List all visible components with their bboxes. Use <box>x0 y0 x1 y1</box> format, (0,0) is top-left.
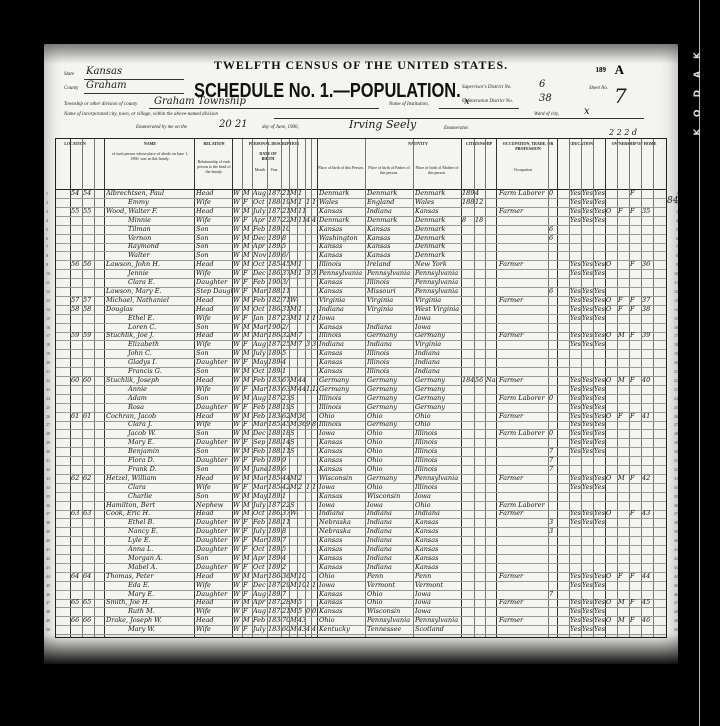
cell-father: Denmark <box>367 216 413 225</box>
cell-months-unemp: 3 <box>549 527 557 536</box>
cell-age: 7 <box>282 536 289 545</box>
cell-birth: Illinois <box>319 403 365 412</box>
cell-father: Indiana <box>367 340 413 349</box>
cell-month: July <box>253 625 267 634</box>
cell-father: Ohio <box>367 465 413 474</box>
cell-months-unemp: 7 <box>549 590 557 599</box>
cell-own: O <box>606 376 617 385</box>
cell-sex: M <box>243 412 252 421</box>
cell-marital: M <box>290 474 297 483</box>
cell-sex: M <box>243 465 252 474</box>
cell-write: Yes <box>582 420 593 429</box>
cell-write: Yes <box>582 607 593 616</box>
cell-age: 5 <box>282 242 289 251</box>
cell-month: Apr <box>253 554 267 563</box>
cell-write: Yes <box>582 412 593 421</box>
cell-english: Yes <box>594 287 605 296</box>
cell-mother: Kansas <box>415 518 461 527</box>
cell-read: Yes <box>570 189 581 198</box>
cell-sched: 38 <box>642 305 653 314</box>
line-number-right: 2 <box>676 200 678 205</box>
cell-write: Yes <box>582 438 593 447</box>
cell-month: Aug <box>253 590 267 599</box>
cell-occupation: Farm Laborer <box>499 501 547 510</box>
cell-relation: Daughter <box>196 590 232 599</box>
cell-marital: M <box>290 412 297 421</box>
cell-father: Kansas <box>367 251 413 260</box>
cell-english: Yes <box>594 376 605 385</box>
cell-marital: M <box>290 198 297 207</box>
cell-father: Indiana <box>367 536 413 545</box>
cell-english: Yes <box>594 314 605 323</box>
cell-family: 66 <box>83 616 94 625</box>
cell-mother: Pennsylvania <box>415 278 461 287</box>
cell-month: Feb <box>253 403 267 412</box>
line-number-right: 16 <box>674 325 678 330</box>
cell-year: 1877 <box>268 314 281 323</box>
cell-own: O <box>606 331 617 340</box>
cell-mother: New York <box>415 260 461 269</box>
cell-age: 60 <box>282 625 289 634</box>
cell-immig: 1896 <box>462 189 474 198</box>
line-number: 46 <box>46 592 50 597</box>
cell-relation: Head <box>196 207 232 216</box>
cell-sex: M <box>243 367 252 376</box>
cell-father: Pennsylvania <box>367 269 413 278</box>
cell-age: 37 <box>282 509 289 518</box>
cell-children: 1 <box>306 314 311 323</box>
cell-read: Yes <box>570 198 581 207</box>
cell-year: 1829 <box>268 296 281 305</box>
line-number-right: 43 <box>674 565 678 570</box>
cell-sex: F <box>243 358 252 367</box>
line-number-right: 33 <box>674 476 678 481</box>
line-number-right: 10 <box>674 271 678 276</box>
cell-read: Yes <box>570 314 581 323</box>
cell-marital: M <box>290 572 297 581</box>
line-number: 20 <box>46 360 50 365</box>
cell-years-married: 1 <box>298 314 305 323</box>
cell-relation: Daughter <box>196 456 232 465</box>
cell-age: 11 <box>282 518 289 527</box>
cell-age: 32 <box>282 331 289 340</box>
cell-relation: Head <box>196 412 232 421</box>
cell-mother: Kansas <box>415 563 461 572</box>
cell-color: W <box>233 509 242 518</box>
cell-immig: 1888 <box>462 198 474 207</box>
line-number: 43 <box>46 565 50 570</box>
cell-age: 63 <box>282 385 289 394</box>
line-number-right: 34 <box>674 485 678 490</box>
cell-father: Kansas <box>367 225 413 234</box>
cell-english: Yes <box>594 483 605 492</box>
cell-age: 45 <box>282 420 289 429</box>
cell-month: Nov <box>253 251 267 260</box>
cell-month: July <box>253 527 267 536</box>
cell-year: 1891 <box>268 234 281 243</box>
supervisor-label: Supervisor's District No. <box>462 85 512 90</box>
cell-write: Yes <box>582 216 593 225</box>
cell-relation: Wife <box>196 198 232 207</box>
cell-write: Yes <box>582 340 593 349</box>
cell-relation: Head <box>196 572 232 581</box>
state-label: State <box>64 72 74 77</box>
cell-name: Cochran, Jacob <box>106 412 194 421</box>
cell-living: 8 <box>312 420 317 429</box>
cell-name: Stuchlik, Joseph <box>106 376 194 385</box>
smudge-bottom <box>44 634 678 664</box>
cell-year: 1895 <box>268 242 281 251</box>
cell-father: Germany <box>367 474 413 483</box>
cell-occupation: Farmer <box>499 331 547 340</box>
cell-dwelling: 59 <box>71 331 82 340</box>
cell-read: Yes <box>570 269 581 278</box>
cell-age: 5 <box>282 545 289 554</box>
cell-father: Pennsylvania <box>367 616 413 625</box>
cell-write: Yes <box>582 287 593 296</box>
cell-sex: M <box>243 492 252 501</box>
cell-mother: Ohio <box>415 420 461 429</box>
cell-relation: Head <box>196 189 232 198</box>
cell-sched: 39 <box>642 331 653 340</box>
cell-month: Dec <box>253 429 267 438</box>
line-number: 18 <box>46 342 50 347</box>
cell-mother: Indiana <box>415 358 461 367</box>
cell-farm: F <box>630 207 641 216</box>
cell-relation: Head <box>196 376 232 385</box>
cell-year: 1881 <box>268 429 281 438</box>
cell-year: 1889 <box>268 518 281 527</box>
line-number-right: 13 <box>674 298 678 303</box>
cell-marital: S <box>290 447 297 456</box>
cell-name: Albrechtsen, Paul <box>106 189 194 198</box>
line-number: 38 <box>46 520 50 525</box>
cell-mother: Illinois <box>415 447 461 456</box>
cell-color: W <box>233 269 242 278</box>
cell-father: Vermont <box>367 581 413 590</box>
cell-birth: Kansas <box>319 323 365 332</box>
line-number: 8 <box>46 253 48 258</box>
line-number: 32 <box>46 467 50 472</box>
cell-children: 4 <box>306 625 311 634</box>
cell-father: Penn <box>367 572 413 581</box>
cell-month: Feb <box>253 225 267 234</box>
cell-english: Yes <box>594 394 605 403</box>
cell-relation: Son <box>196 234 232 243</box>
line-number: 41 <box>46 547 50 552</box>
cell-color: W <box>233 616 242 625</box>
cell-birth: Kansas <box>319 358 365 367</box>
cell-month: Oct <box>253 260 267 269</box>
cell-color: W <box>233 536 242 545</box>
cell-age: 2 <box>282 563 289 572</box>
line-number-right: 15 <box>674 316 678 321</box>
cell-own: O <box>606 207 617 216</box>
line-number-right: 23 <box>674 387 678 392</box>
cell-write: Yes <box>582 376 593 385</box>
cell-year: 1891 <box>268 527 281 536</box>
cell-relation: Wife <box>196 269 232 278</box>
cell-write: Yes <box>582 616 593 625</box>
cell-name: Douglas <box>106 305 194 314</box>
cell-month: Aug <box>253 340 267 349</box>
cell-sex: F <box>243 340 252 349</box>
cell-years-married: 11 <box>298 207 305 216</box>
cell-read: Yes <box>570 216 581 225</box>
cell-color: W <box>233 474 242 483</box>
cell-free: M <box>618 474 629 483</box>
cell-father: Indiana <box>367 518 413 527</box>
cell-year: 1896 <box>268 358 281 367</box>
cell-yrs-us: 4 <box>475 189 485 198</box>
cell-mother: Denmark <box>415 234 461 243</box>
cell-color: W <box>233 189 242 198</box>
cell-occupation: Farmer <box>499 207 547 216</box>
cell-read: Yes <box>570 376 581 385</box>
line-number: 2 <box>46 200 48 205</box>
cell-english: Yes <box>594 616 605 625</box>
line-number-right: 26 <box>674 414 678 419</box>
cell-year: 1899 <box>268 251 281 260</box>
cell-year: 1864 <box>268 572 281 581</box>
cell-year: 1868 <box>268 305 281 314</box>
cell-relation: Head <box>196 598 232 607</box>
cell-english: Yes <box>594 420 605 429</box>
col-month: Month <box>254 167 266 172</box>
line-number: 16 <box>46 325 50 330</box>
cell-children: 12 <box>306 385 311 394</box>
cell-free: M <box>618 376 629 385</box>
cell-year: 1878 <box>268 207 281 216</box>
cell-write: Yes <box>582 447 593 456</box>
cell-own: O <box>606 260 617 269</box>
cell-relation: Wife <box>196 420 232 429</box>
cell-english: Yes <box>594 189 605 198</box>
cell-month: Oct <box>253 305 267 314</box>
cell-living: 1 <box>312 198 317 207</box>
cell-sex: M <box>243 474 252 483</box>
cell-living: 3 <box>312 340 317 349</box>
cell-color: W <box>233 376 242 385</box>
line-number: 36 <box>46 503 50 508</box>
sheet-number: 7 <box>614 84 627 108</box>
cell-read: Yes <box>570 483 581 492</box>
cell-relation: Nephew <box>196 501 232 510</box>
cell-living: 1 <box>312 581 317 590</box>
cell-year: 1876 <box>268 394 281 403</box>
line-number: 50 <box>46 627 50 632</box>
cell-father: Germany <box>367 385 413 394</box>
cell-write: Yes <box>582 207 593 216</box>
cell-age: 21 <box>282 607 289 616</box>
cell-write: Yes <box>582 429 593 438</box>
cell-birth: Denmark <box>319 216 365 225</box>
cell-month: Dec <box>253 581 267 590</box>
cell-father: Denmark <box>367 189 413 198</box>
cell-age: 7 <box>282 590 289 599</box>
line-number-right: 44 <box>674 574 678 579</box>
cell-occupation: Farmer <box>499 474 547 483</box>
cell-father: Illinois <box>367 278 413 287</box>
cell-sex: M <box>243 429 252 438</box>
cell-english: Yes <box>594 269 605 278</box>
cell-years-married: 43 <box>298 625 305 634</box>
cell-dwelling: 66 <box>71 616 82 625</box>
col-name-desc: of each person whose place of abode on J… <box>108 151 192 161</box>
cell-age: 28 <box>282 598 289 607</box>
line-number-right: 41 <box>674 547 678 552</box>
cell-relation: Head <box>196 260 232 269</box>
cell-age: 19 <box>282 403 289 412</box>
cell-read: Yes <box>570 340 581 349</box>
cell-month: Feb <box>253 376 267 385</box>
cell-write: Yes <box>582 403 593 412</box>
cell-color: W <box>233 340 242 349</box>
cell-month: Feb <box>253 616 267 625</box>
cell-months-unemp: 7 <box>549 456 557 465</box>
cell-birth: Illinois <box>319 331 365 340</box>
line-number-right: 27 <box>674 422 678 427</box>
cell-english: Yes <box>594 331 605 340</box>
cell-years-married: 1 <box>298 269 305 278</box>
institution-label: Name of Institution, <box>389 102 429 107</box>
col-year: Year <box>268 167 280 172</box>
cell-read: Yes <box>570 331 581 340</box>
cell-months-unemp: 6 <box>549 287 557 296</box>
cell-birth: Indiana <box>319 340 365 349</box>
col-group-occupation: OCCUPATION, TRADE, OR PROFESSION <box>498 141 558 151</box>
cell-sex: M <box>243 251 252 260</box>
line-number-right: 49 <box>674 618 678 623</box>
line-number-right: 45 <box>674 583 678 588</box>
line-number: 17 <box>46 333 50 338</box>
cell-marital: M <box>290 616 297 625</box>
census-title: TWELFTH CENSUS OF THE UNITED STATES. <box>44 58 678 73</box>
cell-write: Yes <box>582 260 593 269</box>
cell-family: 54 <box>83 189 94 198</box>
film-edge-text: KODAK <box>693 40 707 136</box>
cell-read: Yes <box>570 394 581 403</box>
cell-color: W <box>233 278 242 287</box>
cell-relation: Daughter <box>196 358 232 367</box>
cell-dwelling: 63 <box>71 509 82 518</box>
cell-marital: S <box>290 403 297 412</box>
cell-years-married: 1 <box>298 189 305 198</box>
cell-age: 25 <box>282 340 289 349</box>
cell-read: Yes <box>570 509 581 518</box>
cell-months-unemp: 6 <box>549 234 557 243</box>
cell-color: W <box>233 287 242 296</box>
cell-sex: M <box>243 242 252 251</box>
cell-month: Feb <box>253 518 267 527</box>
cell-years-married: 5 <box>298 598 305 607</box>
cell-mother: Indiana <box>415 509 461 518</box>
cell-year: 1870 <box>268 581 281 590</box>
cell-living: 3 <box>312 269 317 278</box>
cell-write: Yes <box>582 305 593 314</box>
cell-english: Yes <box>594 572 605 581</box>
cell-year: 1858 <box>268 483 281 492</box>
cell-age: 1 <box>282 492 289 501</box>
cell-age: 8 <box>282 234 289 243</box>
cell-month: Aug <box>253 607 267 616</box>
cell-sex: M <box>243 331 252 340</box>
cell-color: W <box>233 412 242 421</box>
cell-mother: Iowa <box>415 492 461 501</box>
cell-occupation: Farmer <box>499 509 547 518</box>
line-number-right: 47 <box>674 600 678 605</box>
cell-year: 1862 <box>268 509 281 518</box>
cell-color: W <box>233 625 242 634</box>
cell-occupation: Farmer <box>499 572 547 581</box>
line-number-right: 46 <box>674 592 678 597</box>
cell-english: Yes <box>594 607 605 616</box>
cell-relation: Wife <box>196 314 232 323</box>
cell-color: W <box>233 216 242 225</box>
cell-months-unemp: 6 <box>549 225 557 234</box>
cell-family: 60 <box>83 376 94 385</box>
cell-birth: Wales <box>319 198 365 207</box>
cell-father: Illinois <box>367 358 413 367</box>
line-number: 22 <box>46 378 50 383</box>
cell-relation: Son <box>196 251 232 260</box>
col-birth-father: Place of birth of Father of this person. <box>366 165 412 175</box>
cell-sex: F <box>243 314 252 323</box>
cell-own: O <box>606 296 617 305</box>
cell-sex: F <box>243 269 252 278</box>
cell-marital: M <box>290 314 297 323</box>
cell-color: W <box>233 501 242 510</box>
cell-dwelling: 56 <box>71 260 82 269</box>
cell-father: Ohio <box>367 429 413 438</box>
cell-father: Germany <box>367 403 413 412</box>
cell-birth: Ohio <box>319 572 365 581</box>
cell-mother: Kansas <box>415 554 461 563</box>
cell-month: Feb <box>253 447 267 456</box>
cell-birth: Kansas <box>319 536 365 545</box>
cell-age: 6/12 <box>282 251 289 260</box>
cell-year: 1898 <box>268 367 281 376</box>
line-number-right: 36 <box>674 503 678 508</box>
cell-months-unemp: 3 <box>549 518 557 527</box>
cell-mother: Denmark <box>415 225 461 234</box>
line-number-right: 18 <box>674 342 678 347</box>
cell-year: 1874 <box>268 340 281 349</box>
cell-dwelling: 64 <box>71 572 82 581</box>
cell-color: W <box>233 581 242 590</box>
cell-relation: Head <box>196 616 232 625</box>
cell-color: W <box>233 234 242 243</box>
cell-write: Yes <box>582 572 593 581</box>
cell-sex: M <box>243 394 252 403</box>
cell-age: 2/12 <box>282 323 289 332</box>
cell-family: 63 <box>83 509 94 518</box>
cell-birth: Kansas <box>319 207 365 216</box>
cell-sex: M <box>243 616 252 625</box>
cell-birth: Kansas <box>319 607 365 616</box>
cell-free: M <box>618 598 629 607</box>
cell-own: O <box>606 572 617 581</box>
cell-relation: Wife <box>196 483 232 492</box>
cell-relation: Son <box>196 492 232 501</box>
cell-age: 22 <box>282 501 289 510</box>
cell-birth: Virginia <box>319 296 365 305</box>
cell-write: Yes <box>582 483 593 492</box>
cell-relation: Daughter <box>196 545 232 554</box>
cell-year: 1899 <box>268 492 281 501</box>
cell-birth: Kansas <box>319 242 365 251</box>
cell-relation: Head <box>196 509 232 518</box>
